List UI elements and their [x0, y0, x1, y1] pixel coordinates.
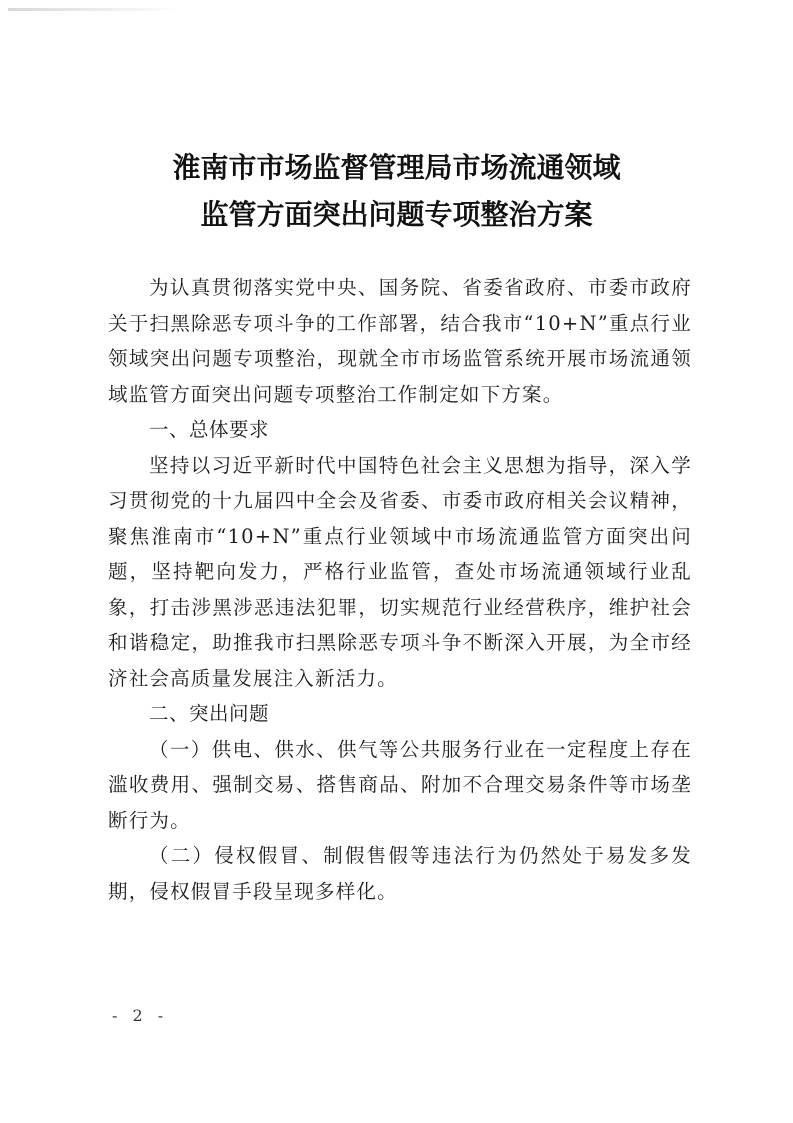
section-heading-prominent-issues: 二、突出问题 — [108, 696, 692, 732]
document-title-line-2: 监管方面突出问题专项整治方案 — [0, 193, 793, 233]
intro-paragraph: 为认真贯彻落实党中央、国务院、省委省政府、市委市政府关于扫黑除恶专项斗争的工作部… — [108, 270, 692, 412]
document-title-line-1: 淮南市市场监督管理局市场流通领域 — [0, 146, 793, 186]
section-heading-general-requirements: 一、总体要求 — [108, 412, 692, 448]
document-body: 为认真贯彻落实党中央、国务院、省委省政府、市委市政府关于扫黑除恶专项斗争的工作部… — [108, 270, 692, 909]
section-2-item-1: （一）供电、供水、供气等公共服务行业在一定程度上存在滥收费用、强制交易、搭售商品… — [108, 732, 692, 839]
section-2-item-2: （二）侵权假冒、制假售假等违法行为仍然处于易发多发期，侵权假冒手段呈现多样化。 — [108, 838, 692, 909]
section-1-paragraph: 坚持以习近平新时代中国特色社会主义思想为指导，深入学习贯彻党的十九届四中全会及省… — [108, 448, 692, 697]
scan-edge-artifact — [8, 8, 178, 11]
page-number: - 2 - — [112, 1006, 168, 1025]
